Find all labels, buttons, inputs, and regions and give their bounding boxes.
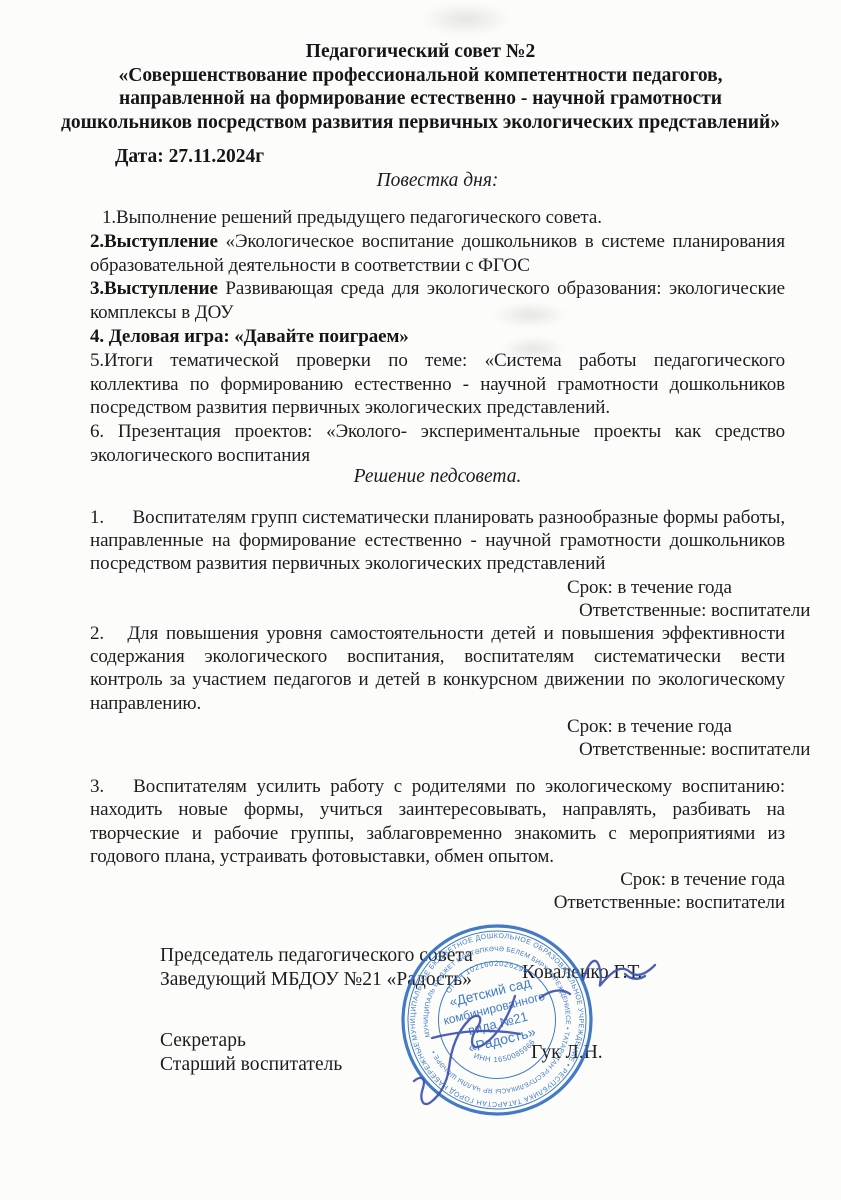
scanned-document-page: Педагогический совет №2 «Совершенствован… [0,0,841,1200]
decision-term: Срок: в течение года [90,576,785,599]
agenda-item-1: 1.Выполнение решений предыдущего педагог… [90,206,785,230]
decision-2: 2. Для повышения уровня самостоятельност… [90,622,785,761]
agenda-item-4: 4. Деловая игра: «Давайте поиграем» [90,325,785,349]
agenda-item-text: 1.Выполнение решений предыдущего педагог… [102,207,602,228]
title-line: Педагогический совет №2 [40,40,801,64]
agenda-item-3: 3.Выступление Развивающая среда для экол… [90,277,785,325]
secretary-role-line: Секретарь [160,1029,342,1053]
secretary-signature-stroke [432,1031,520,1038]
chair-signature-scribble [583,961,655,986]
decisions-list: 1. Воспитателям групп систематически пла… [90,506,785,914]
decision-3: 3. Воспитателям усилить работу с родител… [90,775,785,914]
agenda-item-lead: 4. Деловая игра: «Давайте поиграем» [90,326,409,347]
secretary-role-line: Старший воспитатель [160,1053,342,1077]
agenda-item-text: 5.Итоги тематической проверки по теме: «… [90,350,785,419]
secretary-signature-scribble [414,991,570,1105]
agenda-item-5: 5.Итоги тематической проверки по теме: «… [90,349,785,420]
agenda-item-text: 6. Презентация проектов: «Эколого- экспе… [90,421,785,466]
secretary-signature-roles: Секретарь Старший воспитатель [160,1029,342,1076]
decision-term: Срок: в течение года [90,868,785,891]
decision-term: Срок: в течение года [90,715,785,738]
title-line: дошкольников посредством развития первич… [40,111,801,135]
agenda-item-2: 2.Выступление «Экологическое воспитание … [90,230,785,278]
agenda-heading: Повестка дня: [90,170,785,192]
decision-text: 3. Воспитателям усилить работу с родител… [90,775,785,868]
decision-1: 1. Воспитателям групп систематически пла… [90,506,785,622]
decision-text: 2. Для повышения уровня самостоятельност… [90,622,785,715]
decision-responsible: Ответственные: воспитатели [90,599,785,622]
decision-text: 1. Воспитателям групп систематически пла… [90,506,785,576]
date-line: Дата: 27.11.2024г [115,146,264,168]
scan-smudge [420,2,512,36]
title-line: направленной на формирование естественно… [40,87,801,111]
decision-heading: Решение педсовета. [90,466,785,488]
agenda-item-lead: 3.Выступление [90,278,218,299]
decision-responsible: Ответственные: воспитатели [90,738,785,761]
agenda-item-lead: 2.Выступление [90,231,218,252]
document-title: Педагогический совет №2 «Совершенствован… [40,40,801,134]
agenda-list: 1.Выполнение решений предыдущего педагог… [90,206,785,468]
decision-responsible: Ответственные: воспитатели [90,891,785,914]
agenda-item-6: 6. Презентация проектов: «Эколого- экспе… [90,420,785,468]
handwritten-signatures [380,928,680,1158]
title-line: «Совершенствование профессиональной комп… [40,64,801,88]
